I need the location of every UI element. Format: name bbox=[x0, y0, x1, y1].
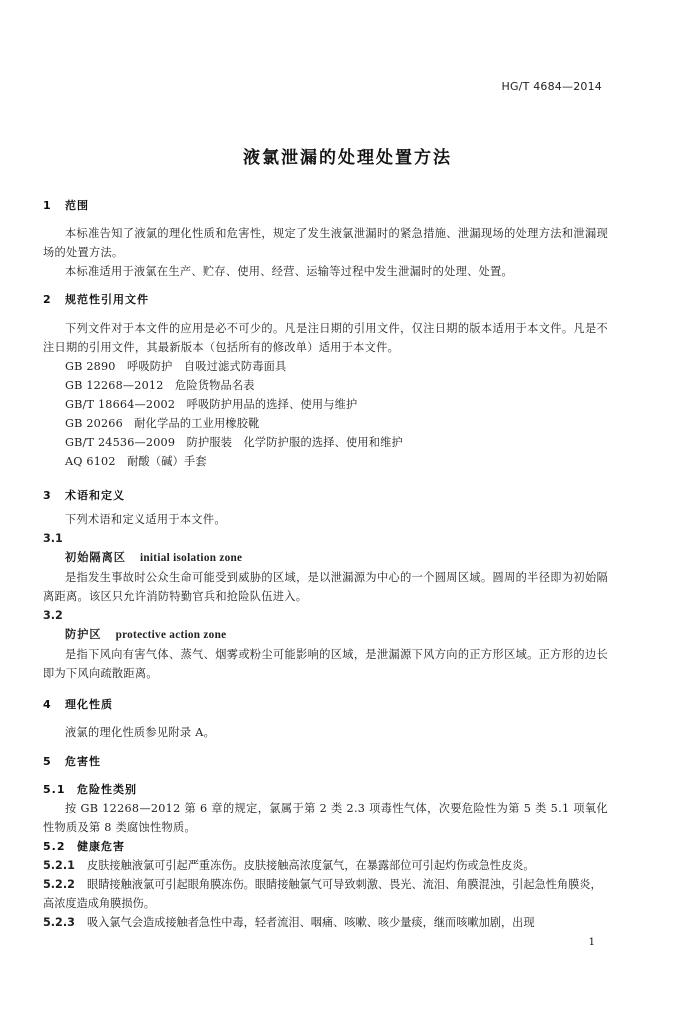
normative-reference: GB 20266 耐化学品的工业用橡胶靴 bbox=[43, 414, 608, 433]
page-number: 1 bbox=[589, 937, 595, 948]
section-1: 1范围 bbox=[43, 196, 608, 215]
section-1-body: 本标准告知了液氯的理化性质和危害性，规定了发生液氯泄漏时的紧急措施、泄漏现场的处… bbox=[43, 224, 608, 281]
section-heading: 3术语和定义 bbox=[43, 486, 608, 505]
term-en: protective action zone bbox=[116, 629, 227, 641]
document-title: 液氯泄漏的处理处置方法 bbox=[0, 143, 695, 168]
term-entry: 初始隔离区initial isolation zone bbox=[43, 548, 608, 568]
normative-reference: GB/T 18664—2002 呼吸防护用品的选择、使用与维护 bbox=[43, 395, 608, 414]
paragraph: 下列术语和定义适用于本文件。 bbox=[43, 510, 608, 529]
term-entry: 防护区protective action zone bbox=[43, 625, 608, 645]
paragraph: 下列文件对于本文件的应用是必不可少的。凡是注日期的引用文件，仅注日期的版本适用于… bbox=[43, 319, 608, 357]
section-5-1: 5.1危险性类别 按 GB 12268—2012 第 6 章的规定，氯属于第 2… bbox=[43, 780, 608, 932]
section-4-body: 液氯的理化性质参见附录 A。 bbox=[43, 723, 608, 742]
normative-reference: GB/T 24536—2009 防护服装 化学防护服的选择、使用和维护 bbox=[43, 433, 608, 452]
subsection-heading: 5.1危险性类别 bbox=[43, 780, 608, 799]
section-4: 4理化性质 bbox=[43, 695, 608, 714]
section-2: 2规范性引用文件 bbox=[43, 290, 608, 309]
term-zh: 初始隔离区 bbox=[65, 551, 126, 564]
section-3: 3术语和定义 bbox=[43, 486, 608, 505]
section-heading: 1范围 bbox=[43, 196, 608, 215]
section-heading: 4理化性质 bbox=[43, 695, 608, 714]
normative-reference: GB 2890 呼吸防护 自吸过滤式防毒面具 bbox=[43, 357, 608, 376]
term-number: 3.1 bbox=[43, 529, 608, 548]
health-hazard-item: 5.2.1皮肤接触液氯可引起严重冻伤。皮肤接触高浓度氯气，在暴露部位可引起灼伤或… bbox=[43, 856, 608, 875]
paragraph: 本标准适用于液氯在生产、贮存、使用、经营、运输等过程中发生泄漏时的处理、处置。 bbox=[43, 262, 608, 281]
term-zh: 防护区 bbox=[65, 628, 102, 641]
term-definition: 是指下风向有害气体、蒸气、烟雾或粉尘可能影响的区域，是泄漏源下风方向的正方形区域… bbox=[43, 645, 608, 683]
term-number: 3.2 bbox=[43, 606, 608, 625]
standard-code: HG/T 4684—2014 bbox=[501, 80, 602, 93]
normative-reference: AQ 6102 耐酸（碱）手套 bbox=[43, 452, 608, 471]
health-hazard-item: 5.2.3吸入氯气会造成接触者急性中毒，轻者流泪、咽痛、咳嗽、咳少量痰，继而咳嗽… bbox=[43, 913, 608, 932]
section-heading: 5危害性 bbox=[43, 752, 608, 771]
section-heading: 2规范性引用文件 bbox=[43, 290, 608, 309]
section-5: 5危害性 bbox=[43, 752, 608, 771]
health-hazard-item: 5.2.2眼睛接触液氯可引起眼角膜冻伤。眼睛接触氯气可导致刺激、畏光、流泪、角膜… bbox=[43, 875, 608, 913]
section-2-body: 下列文件对于本文件的应用是必不可少的。凡是注日期的引用文件，仅注日期的版本适用于… bbox=[43, 319, 608, 471]
paragraph: 本标准告知了液氯的理化性质和危害性，规定了发生液氯泄漏时的紧急措施、泄漏现场的处… bbox=[43, 224, 608, 262]
subsection-heading: 5.2健康危害 bbox=[43, 837, 608, 856]
paragraph: 液氯的理化性质参见附录 A。 bbox=[43, 723, 608, 742]
section-3-body: 下列术语和定义适用于本文件。 3.1 初始隔离区initial isolatio… bbox=[43, 510, 608, 683]
document-page: HG/T 4684—2014 液氯泄漏的处理处置方法 1范围 本标准告知了液氯的… bbox=[0, 0, 695, 1024]
normative-reference: GB 12268—2012 危险货物品名表 bbox=[43, 376, 608, 395]
paragraph: 按 GB 12268—2012 第 6 章的规定，氯属于第 2 类 2.3 项毒… bbox=[43, 799, 608, 837]
term-en: initial isolation zone bbox=[140, 552, 242, 564]
term-definition: 是指发生事故时公众生命可能受到威胁的区域，是以泄漏源为中心的一个圆周区域。圆周的… bbox=[43, 568, 608, 606]
